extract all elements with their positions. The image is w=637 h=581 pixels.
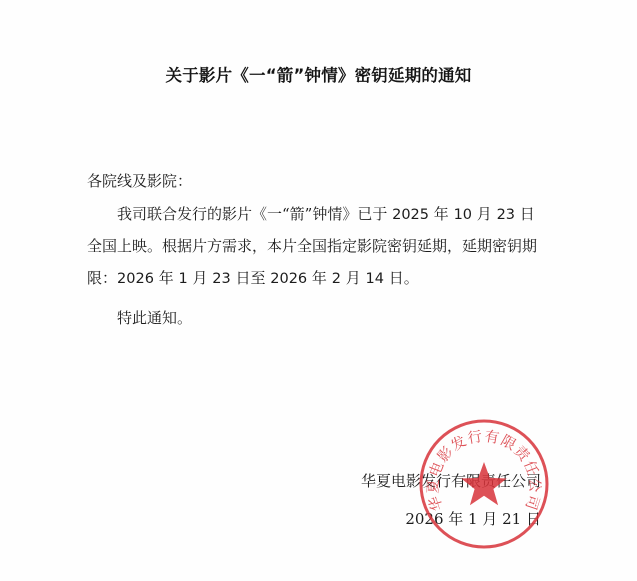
release-month: 10 [454,207,472,223]
notice-document: 关于影片《一“箭”钟情》密钥延期的通知 各院线及影院： 我司联合发行的影片《一“… [0,0,637,581]
signature-date: 2026 年 1 月 21 日 [405,508,541,529]
month-unit: 月 [188,269,213,287]
end-year: 2026 [270,271,307,287]
closing-text: 特此通知。 [117,302,192,334]
body-line-2: 全国上映。根据片方需求，本片全国指定影院密钥延期，延期密钥期 [87,230,537,262]
start-day: 23 [212,271,230,287]
release-day: 23 [497,207,515,223]
year-unit: 年 [154,269,179,287]
period-label: 限： [87,269,117,287]
release-year: 2025 [392,207,429,223]
month-unit: 月 [472,205,497,223]
body-line-1: 我司联合发行的影片《一“箭”钟情》已于 2025 年 10 月 23 日 [117,198,535,231]
end-day: 14 [365,271,383,287]
body-line-1-prefix: 我司联合发行的影片《一“箭”钟情》已于 [117,205,392,223]
start-month: 1 [178,271,187,287]
document-title: 关于影片《一“箭”钟情》密钥延期的通知 [0,62,637,86]
day-to-unit: 日至 [231,269,271,287]
day-unit: 日 [515,205,535,223]
salutation: 各院线及影院： [87,165,192,197]
start-year: 2026 [117,271,154,287]
body-line-3: 限：2026 年 1 月 23 日至 2026 年 2 月 14 日。 [87,262,419,295]
year-unit: 年 [307,269,332,287]
month-unit: 月 [341,269,366,287]
end-month: 2 [332,271,341,287]
day-unit: 日。 [384,269,419,287]
year-unit: 年 [429,205,454,223]
signature-company: 华夏电影发行有限责任公司 [361,470,541,491]
